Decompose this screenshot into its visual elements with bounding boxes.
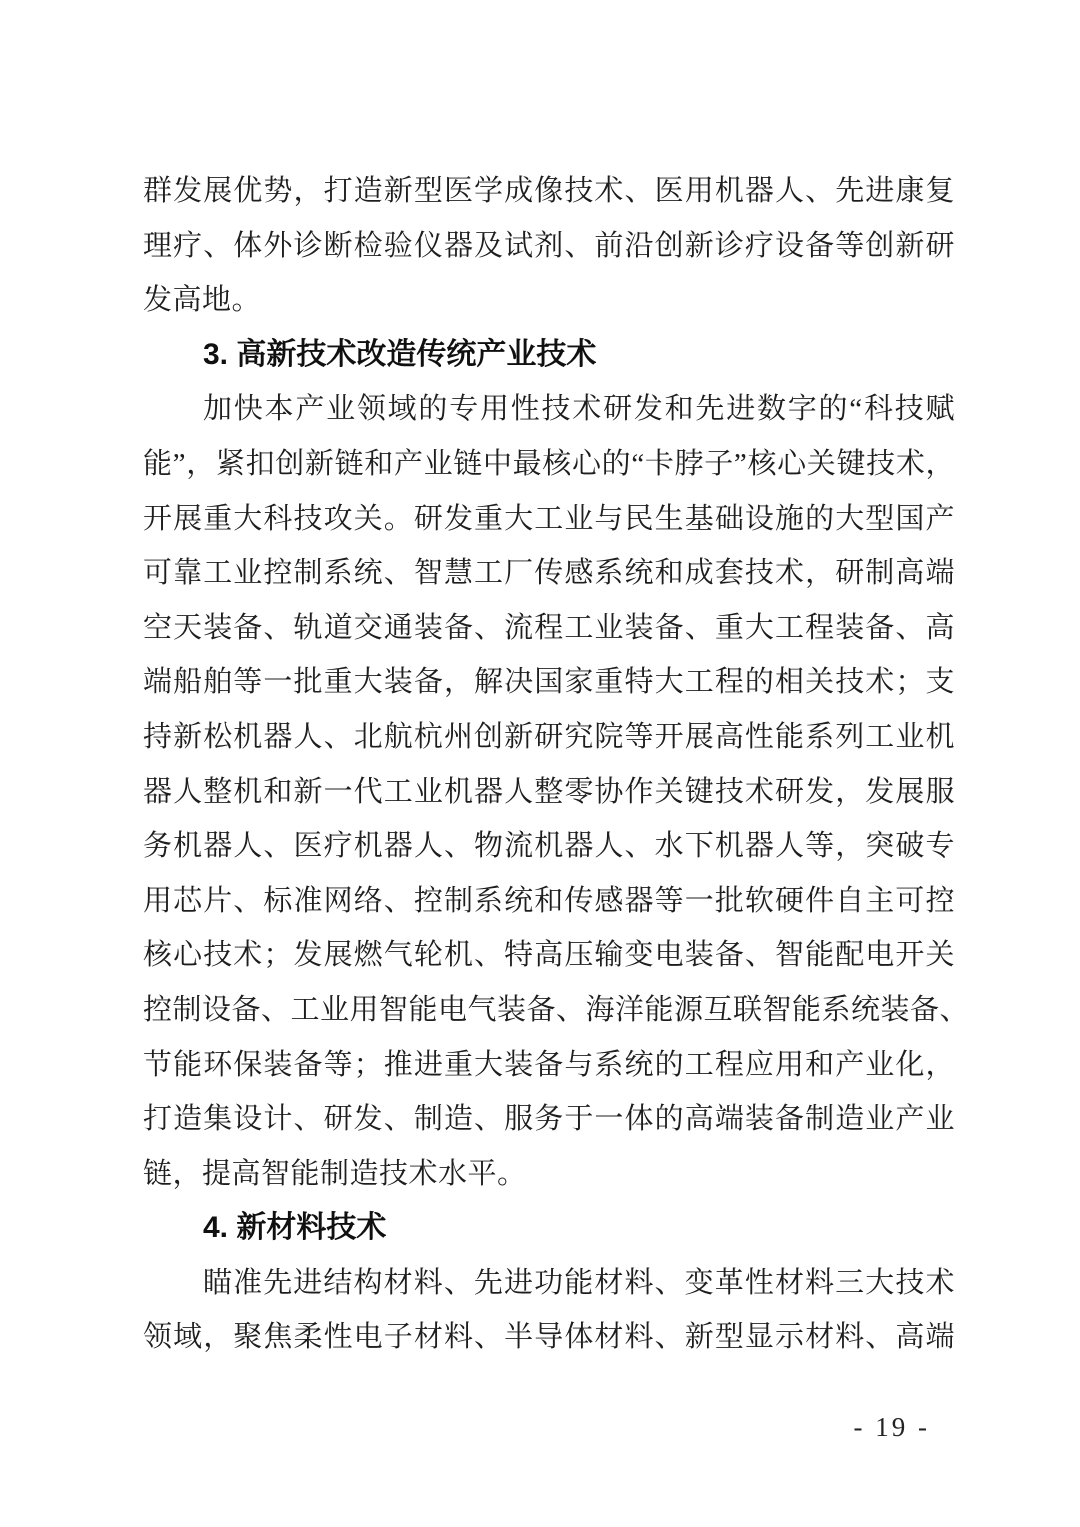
text-line: 群发展优势，打造新型医学成像技术、医用机器人、先进康复 — [143, 164, 955, 219]
text-line: 链，提高智能制造技术水平。 — [143, 1147, 955, 1202]
text-line: 打造集设计、研发、制造、服务于一体的高端装备制造业产业 — [143, 1092, 955, 1147]
paragraph-section-3: 加快本产业领域的专用性技术研发和先进数字的“科技赋能”，紧扣创新链和产业链中最核… — [143, 382, 955, 1201]
page-number: - 19 - — [854, 1412, 930, 1442]
text-line: 用芯片、标准网络、控制系统和传感器等一批软硬件自主可控 — [143, 874, 955, 929]
section-heading-4: 4. 新材料技术 — [143, 1201, 955, 1256]
document-body: 群发展优势，打造新型医学成像技术、医用机器人、先进康复理疗、体外诊断检验仪器及试… — [143, 164, 955, 1365]
text-line: 发高地。 — [143, 273, 955, 328]
text-line: 端船舶等一批重大装备，解决国家重特大工程的相关技术；支 — [143, 655, 955, 710]
paragraph-section-4: 瞄准先进结构材料、先进功能材料、变革性材料三大技术领域，聚焦柔性电子材料、半导体… — [143, 1256, 955, 1365]
text-line: 领域，聚焦柔性电子材料、半导体材料、新型显示材料、高端 — [143, 1310, 955, 1365]
text-line: 空天装备、轨道交通装备、流程工业装备、重大工程装备、高 — [143, 601, 955, 656]
text-line: 可靠工业控制系统、智慧工厂传感系统和成套技术，研制高端 — [143, 546, 955, 601]
text-line: 控制设备、工业用智能电气装备、海洋能源互联智能系统装备、 — [143, 983, 955, 1038]
text-line: 务机器人、医疗机器人、物流机器人、水下机器人等，突破专 — [143, 819, 955, 874]
text-line: 持新松机器人、北航杭州创新研究院等开展高性能系列工业机 — [143, 710, 955, 765]
text-line: 能”，紧扣创新链和产业链中最核心的“卡脖子”核心关键技术， — [143, 437, 955, 492]
text-line: 开展重大科技攻关。研发重大工业与民生基础设施的大型国产 — [143, 492, 955, 547]
text-line: 瞄准先进结构材料、先进功能材料、变革性材料三大技术 — [143, 1256, 955, 1311]
text-line: 器人整机和新一代工业机器人整零协作关键技术研发，发展服 — [143, 765, 955, 820]
paragraph-intro: 群发展优势，打造新型医学成像技术、医用机器人、先进康复理疗、体外诊断检验仪器及试… — [143, 164, 955, 328]
text-line: 节能环保装备等；推进重大装备与系统的工程应用和产业化， — [143, 1038, 955, 1093]
text-line: 加快本产业领域的专用性技术研发和先进数字的“科技赋 — [143, 382, 955, 437]
text-line: 理疗、体外诊断检验仪器及试剂、前沿创新诊疗设备等创新研 — [143, 219, 955, 274]
section-heading-3: 3. 高新技术改造传统产业技术 — [143, 328, 955, 383]
text-line: 核心技术；发展燃气轮机、特高压输变电装备、智能配电开关 — [143, 928, 955, 983]
document-page: 群发展优势，打造新型医学成像技术、医用机器人、先进康复理疗、体外诊断检验仪器及试… — [0, 0, 1080, 1527]
